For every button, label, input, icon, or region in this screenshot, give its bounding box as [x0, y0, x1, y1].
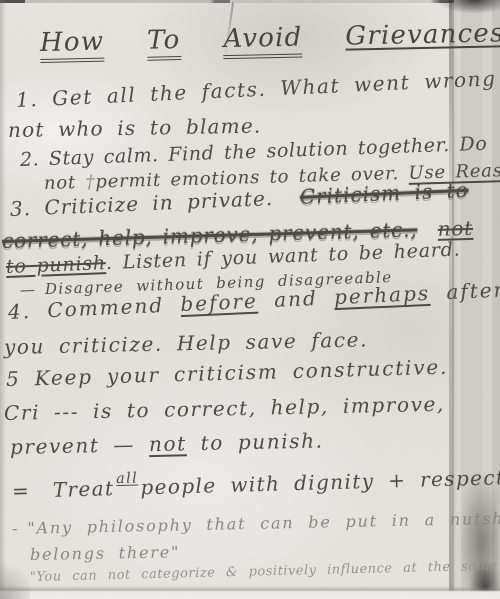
inserted-word: all — [116, 471, 138, 486]
text-run: perhaps — [334, 281, 431, 309]
quote-1-line-1: -"Any philosophy that can be put in a nu… — [12, 510, 500, 537]
text-run — [302, 22, 346, 53]
notebook-page: How To Avoid Grievances1. Get all the fa… — [0, 0, 500, 599]
text-run — [180, 24, 224, 55]
title-word: To — [147, 25, 181, 61]
text-run: to punish. — [186, 428, 323, 455]
item-5-line-1: 5 Keep your criticism constructive. — [6, 357, 449, 389]
title-word: How — [40, 27, 105, 63]
text-run: not — [149, 431, 187, 456]
item-1-line-1: 1. Get all the facts. What went wrong - — [16, 67, 500, 110]
text-run — [104, 26, 148, 57]
text-run: not who is to blame. — [8, 114, 262, 142]
text-run: not — [44, 172, 86, 194]
text-run: and — [257, 285, 334, 312]
text-run: before — [180, 289, 258, 316]
text-run: you criticize. Help save face. — [4, 327, 369, 359]
stray-mark: † — [85, 172, 95, 193]
text-run: after — [430, 277, 500, 304]
title-word: Avoid — [223, 23, 303, 60]
text-run: prevent — — [10, 432, 149, 459]
handwritten-note: How To Avoid Grievances1. Get all the fa… — [0, 0, 500, 599]
margin-mark: = — [12, 481, 29, 501]
item-5-line-2: Cri --- is to correct, help, improve, — [4, 394, 445, 423]
margin-dash: — — [20, 282, 36, 298]
crossed-out-text: not — [437, 216, 473, 241]
quote-1-line-2: belongs there" — [30, 544, 180, 563]
text-run: Treat — [52, 476, 114, 502]
text-run: 1. Get all the facts. What went wrong - — [15, 65, 500, 112]
item-1-line-2: not who is to blame. — [8, 116, 262, 140]
margin-dash: - — [12, 521, 18, 537]
text-run: Cri --- is to correct, help, improve, — [4, 392, 445, 425]
text-run: belongs there" — [30, 542, 180, 564]
item-5-line-3: prevent — not to punish. — [10, 430, 324, 457]
item-4-line-2: you criticize. Help save face. — [4, 329, 368, 357]
title-word: Grievances — [345, 18, 500, 51]
summary-line: =Treatallpeople with dignity + respect. — [12, 467, 500, 501]
text-run: people with dignity + respect. — [140, 465, 500, 499]
title-line: How To Avoid Grievances — [40, 20, 500, 56]
text-run: 5 Keep your criticism constructive. — [6, 355, 449, 391]
text-run: "Any philosophy that can be put in a nut… — [27, 508, 500, 538]
crossed-out-text: to punish — [6, 252, 107, 278]
text-run — [417, 217, 438, 242]
